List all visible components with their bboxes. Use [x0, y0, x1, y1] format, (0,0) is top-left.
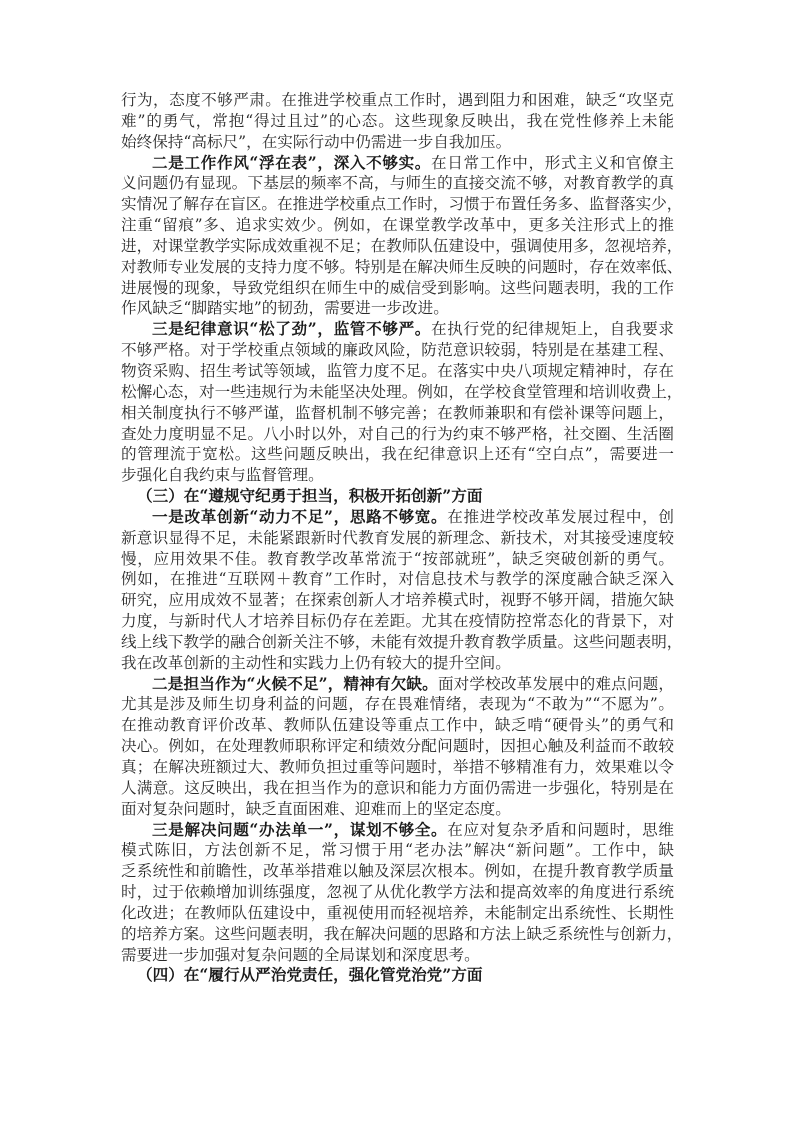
text-line: 义问题仍有显现。下基层的频率不高，与师生的直接交流不够，对教育教学的真 [121, 173, 674, 194]
paragraph-lead: 二是担当作为“火候不足”，精神有欠缺。 [152, 674, 438, 693]
text-line: 乏系统性和前瞻性，改革举措难以触及深层次根本。例如，在提升教育教学质量 [121, 861, 674, 882]
text-line: 始终保持“高标尺”，在实际行动中仍需进一步自我加压。 [121, 132, 674, 153]
text-line: 实情况了解存在盲区。在推进学校重点工作时，习惯于布置任务多、监督落实少， [121, 194, 674, 215]
text-line: 我在改革创新的主动性和实践力上仍有较大的提升空间。 [121, 653, 674, 674]
text-line: 步强化自我约束与监督管理。 [121, 465, 674, 486]
section-heading: （四）在“履行从严治党责任，强化管党治党”方面 [121, 965, 674, 986]
paragraph: 三是纪律意识“松了劲”，监管不够严。在执行党的纪律规矩上，自我要求 不够严格。对… [121, 319, 674, 486]
text-line: 行为，态度不够严肃。在推进学校重点工作时，遇到阻力和困难，缺乏“攻坚克 [121, 90, 674, 111]
paragraph-lead: 三是纪律意识“松了劲”，监管不够严。 [152, 319, 431, 338]
text-line: 物资采购、招生考试等领域，监管力度不足。在落实中央八项规定精神时，存在 [121, 361, 674, 382]
text-line: 人满意。这反映出，我在担当作为的意识和能力方面仍需进一步强化，特别是在 [121, 778, 674, 799]
text-line: 不够严格。对于学校重点领域的廉政风险，防范意识较弱，特别是在基建工程、 [121, 340, 674, 361]
text-line: 面对复杂问题时，缺乏直面困难、迎难而上的坚定态度。 [121, 799, 674, 820]
text-line: 线上线下教学的融合创新关注不够，未能有效提升教育教学质量。这些问题表明， [121, 632, 674, 653]
paragraph: 三是解决问题“办法单一”，谋划不够全。在应对复杂矛盾和问题时，思维 模式陈旧，方… [121, 820, 674, 966]
text-line: 研究，应用成效不显著；在探索创新人才培养模式时，视野不够开阔，措施欠缺 [121, 590, 674, 611]
text-line: 一是改革创新“动力不足”，思路不够宽。在推进学校改革发展过程中，创 [121, 507, 674, 528]
text-line: 在推动教育评价改革、教师队伍建设等重点工作中，缺乏啃“硬骨头”的勇气和 [121, 715, 674, 736]
text-line: 作风缺乏“脚踏实地”的韧劲，需要进一步改进。 [121, 298, 674, 319]
text-line: 难”的勇气，常抱“得过且过”的心态。这些现象反映出，我在党性修养上未能 [121, 111, 674, 132]
paragraph-lead: 一是改革创新“动力不足”，思路不够宽。 [152, 507, 447, 526]
paragraph: 二是担当作为“火候不足”，精神有欠缺。面对学校改革发展中的难点问题， 尤其是涉及… [121, 674, 674, 820]
text-line: 慢，应用效果不佳。教育教学改革常流于“按部就班”，缺乏突破创新的勇气。 [121, 549, 674, 570]
text-line: 进，对课堂教学实际成效重视不足；在教师队伍建设中，强调使用多，忽视培养， [121, 236, 674, 257]
text-line: 新意识显得不足，未能紧跟新时代教育发展的新理念、新技术，对其接受速度较 [121, 528, 674, 549]
text-line: 的管理流于宽松。这些问题反映出，我在纪律意识上还有“空白点”，需要进一 [121, 444, 674, 465]
text-line: 化改进；在教师队伍建设中，重视使用而轻视培养，未能制定出系统性、长期性 [121, 903, 674, 924]
text-line: 力度，与新时代人才培养目标仍存在差距。尤其在疫情防控常态化的背景下，对 [121, 611, 674, 632]
text-line: 对教师专业发展的支持力度不够。特别是在解决师生反映的问题时，存在效率低、 [121, 257, 674, 278]
document-page: 行为，态度不够严肃。在推进学校重点工作时，遇到阻力和困难，缺乏“攻坚克 难”的勇… [121, 90, 674, 986]
text-line: 的培养方案。这些问题表明，我在解决问题的思路和方法上缺乏系统性与创新力， [121, 924, 674, 945]
paragraph-lead: 二是工作作风“浮在表”，深入不够实。 [152, 153, 431, 172]
paragraph: 行为，态度不够严肃。在推进学校重点工作时，遇到阻力和困难，缺乏“攻坚克 难”的勇… [121, 90, 674, 153]
text-line: 相关制度执行不够严谨，监督机制不够完善；在教师兼职和有偿补课等问题上， [121, 403, 674, 424]
text-line: 注重“留痕”多、追求实效少。例如，在课堂教学改革中，更多关注形式上的推 [121, 215, 674, 236]
text-line: 尤其是涉及师生切身利益的问题，存在畏难情绪，表现为“不敢为”“不愿为”。 [121, 694, 674, 715]
text-line: 决心。例如，在处理教师职称评定和绩效分配问题时，因担心触及利益而不敢较 [121, 736, 674, 757]
text-line: 时，过于依赖增加训练强度，忽视了从优化教学方法和提高效率的角度进行系统 [121, 882, 674, 903]
text-line: 真；在解决班额过大、教师负担过重等问题时，举措不够精准有力，效果难以令 [121, 757, 674, 778]
text-line: 查处力度明显不足。八小时以外，对自己的行为约束不够严格，社交圈、生活圈 [121, 424, 674, 445]
text-line: 三是解决问题“办法单一”，谋划不够全。在应对复杂矛盾和问题时，思维 [121, 820, 674, 841]
text-run: 在日常工作中，形式主义和官僚主 [431, 154, 674, 172]
text-line: 二是工作作风“浮在表”，深入不够实。在日常工作中，形式主义和官僚主 [121, 153, 674, 174]
text-line: 松懈心态，对一些违规行为未能坚决处理。例如，在学校食堂管理和培训收费上， [121, 382, 674, 403]
text-line: 三是纪律意识“松了劲”，监管不够严。在执行党的纪律规矩上，自我要求 [121, 319, 674, 340]
text-line: 需要进一步加强对复杂问题的全局谋划和深度思考。 [121, 945, 674, 966]
text-run: 面对学校改革发展中的难点问题， [438, 675, 674, 693]
text-line: 例如，在推进“互联网＋教育”工作时，对信息技术与教学的深度融合缺乏深入 [121, 569, 674, 590]
paragraph: 二是工作作风“浮在表”，深入不够实。在日常工作中，形式主义和官僚主 义问题仍有显… [121, 153, 674, 320]
text-line: 进展慢的现象，导致党组织在师生中的威信受到影响。这些问题表明，我的工作 [121, 278, 674, 299]
section-heading: （三）在“遵规守纪勇于担当，积极开拓创新”方面 [121, 486, 674, 507]
paragraph: 一是改革创新“动力不足”，思路不够宽。在推进学校改革发展过程中，创 新意识显得不… [121, 507, 674, 674]
paragraph-lead: 三是解决问题“办法单一”，谋划不够全。 [152, 820, 447, 839]
text-line: 模式陈旧，方法创新不足，常习惯于用“老办法”解决“新问题”。工作中，缺 [121, 840, 674, 861]
text-run: 在执行党的纪律规矩上，自我要求 [431, 320, 674, 338]
text-run: 在推进学校改革发展过程中，创 [447, 508, 674, 526]
text-line: 二是担当作为“火候不足”，精神有欠缺。面对学校改革发展中的难点问题， [121, 674, 674, 695]
text-run: 在应对复杂矛盾和问题时，思维 [447, 821, 674, 839]
